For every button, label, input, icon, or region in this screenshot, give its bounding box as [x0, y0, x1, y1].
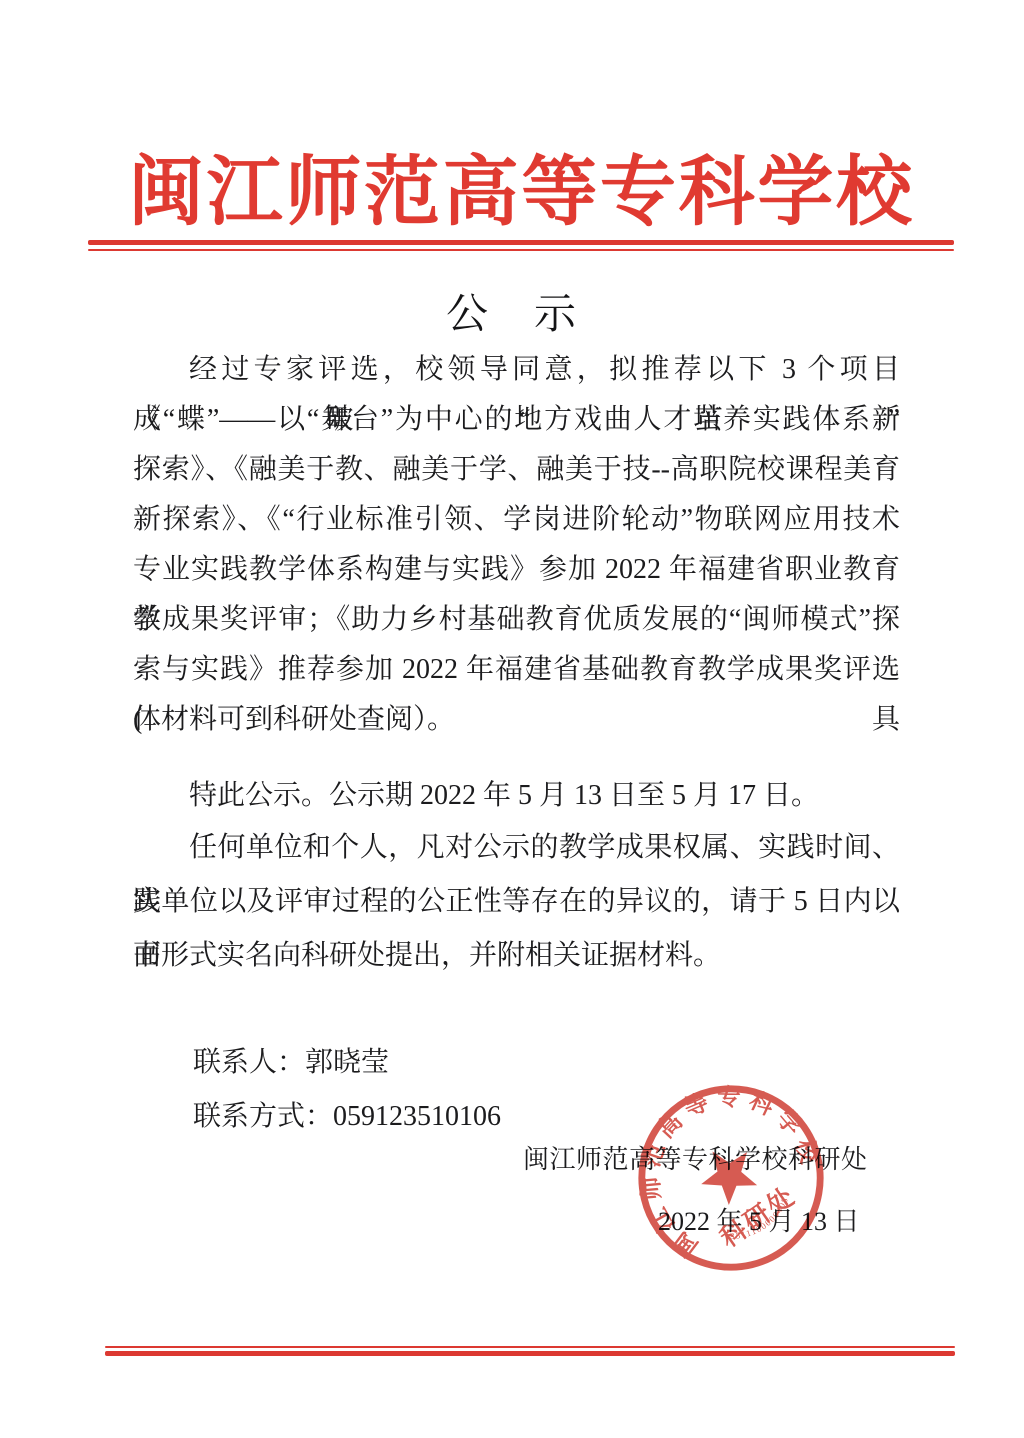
contact-section: 联系人：郭晓莹 联系方式：059123510106 — [193, 1036, 501, 1144]
contact-method-line: 联系方式：059123510106 — [193, 1090, 501, 1144]
signature-date: 2022 年 5 月 13 日 — [658, 1202, 860, 1242]
body-line: 学成果奖评审；《助力乡村基础教育优质发展的“闽师模式”探 — [133, 595, 900, 645]
body-line: 成“蝶”——以“舞台”为中心的地方戏曲人才培养实践体系新 — [133, 395, 900, 445]
notice-body: 经过专家评选，校领导同意，拟推荐以下 3 个项目《破“茧” 成“蝶”——以“舞台… — [133, 345, 900, 983]
letterhead-rule-thick — [88, 240, 954, 245]
body-line: 面形式实名向科研处提出，并附相关证据材料。 — [133, 929, 900, 983]
body-line: 专业实践教学体系构建与实践》参加 2022 年福建省职业教育教 — [133, 545, 900, 595]
contact-method-label: 联系方式： — [193, 1101, 333, 1132]
notice-title: 公 示 — [0, 288, 1024, 342]
footer-rule-thick — [105, 1351, 955, 1356]
body-line: 新探索》、《“行业标准引领、学岗进阶轮动”物联网应用技术 — [133, 495, 900, 545]
letterhead-school-name: 闽江师范高等专科学校 — [128, 146, 912, 240]
body-line: 践单位以及评审过程的公正性等存在的异议的，请于 5 日内以书 — [133, 875, 900, 929]
body-line: 索与实践》推荐参加 2022 年福建省基础教育教学成果奖评选(具 — [133, 645, 900, 695]
body-line: 任何单位和个人，凡对公示的教学成果权属、实践时间、实 — [133, 821, 900, 875]
notice-document-page: 闽江师范高等专科学校 公 示 经过专家评选，校领导同意，拟推荐以下 3 个项目《… — [0, 0, 1024, 1438]
body-line: 特此公示。公示期 2022 年 5 月 13 日至 5 月 17 日。 — [133, 771, 900, 821]
signature-department: 闽江师范高等专科学校科研处 — [523, 1140, 868, 1180]
footer-rule-thin — [105, 1346, 955, 1348]
contact-person-value: 郭晓莹 — [305, 1047, 389, 1078]
contact-person-line: 联系人：郭晓莹 — [193, 1036, 501, 1090]
body-line: 探索》、《融美于教、融美于学、融美于技--高职院校课程美育 — [133, 445, 900, 495]
contact-person-label: 联系人： — [193, 1047, 305, 1078]
body-line: 经过专家评选，校领导同意，拟推荐以下 3 个项目《破“茧” — [133, 345, 900, 395]
contact-method-value: 059123510106 — [333, 1101, 501, 1132]
letterhead-rule-thin — [88, 249, 954, 251]
